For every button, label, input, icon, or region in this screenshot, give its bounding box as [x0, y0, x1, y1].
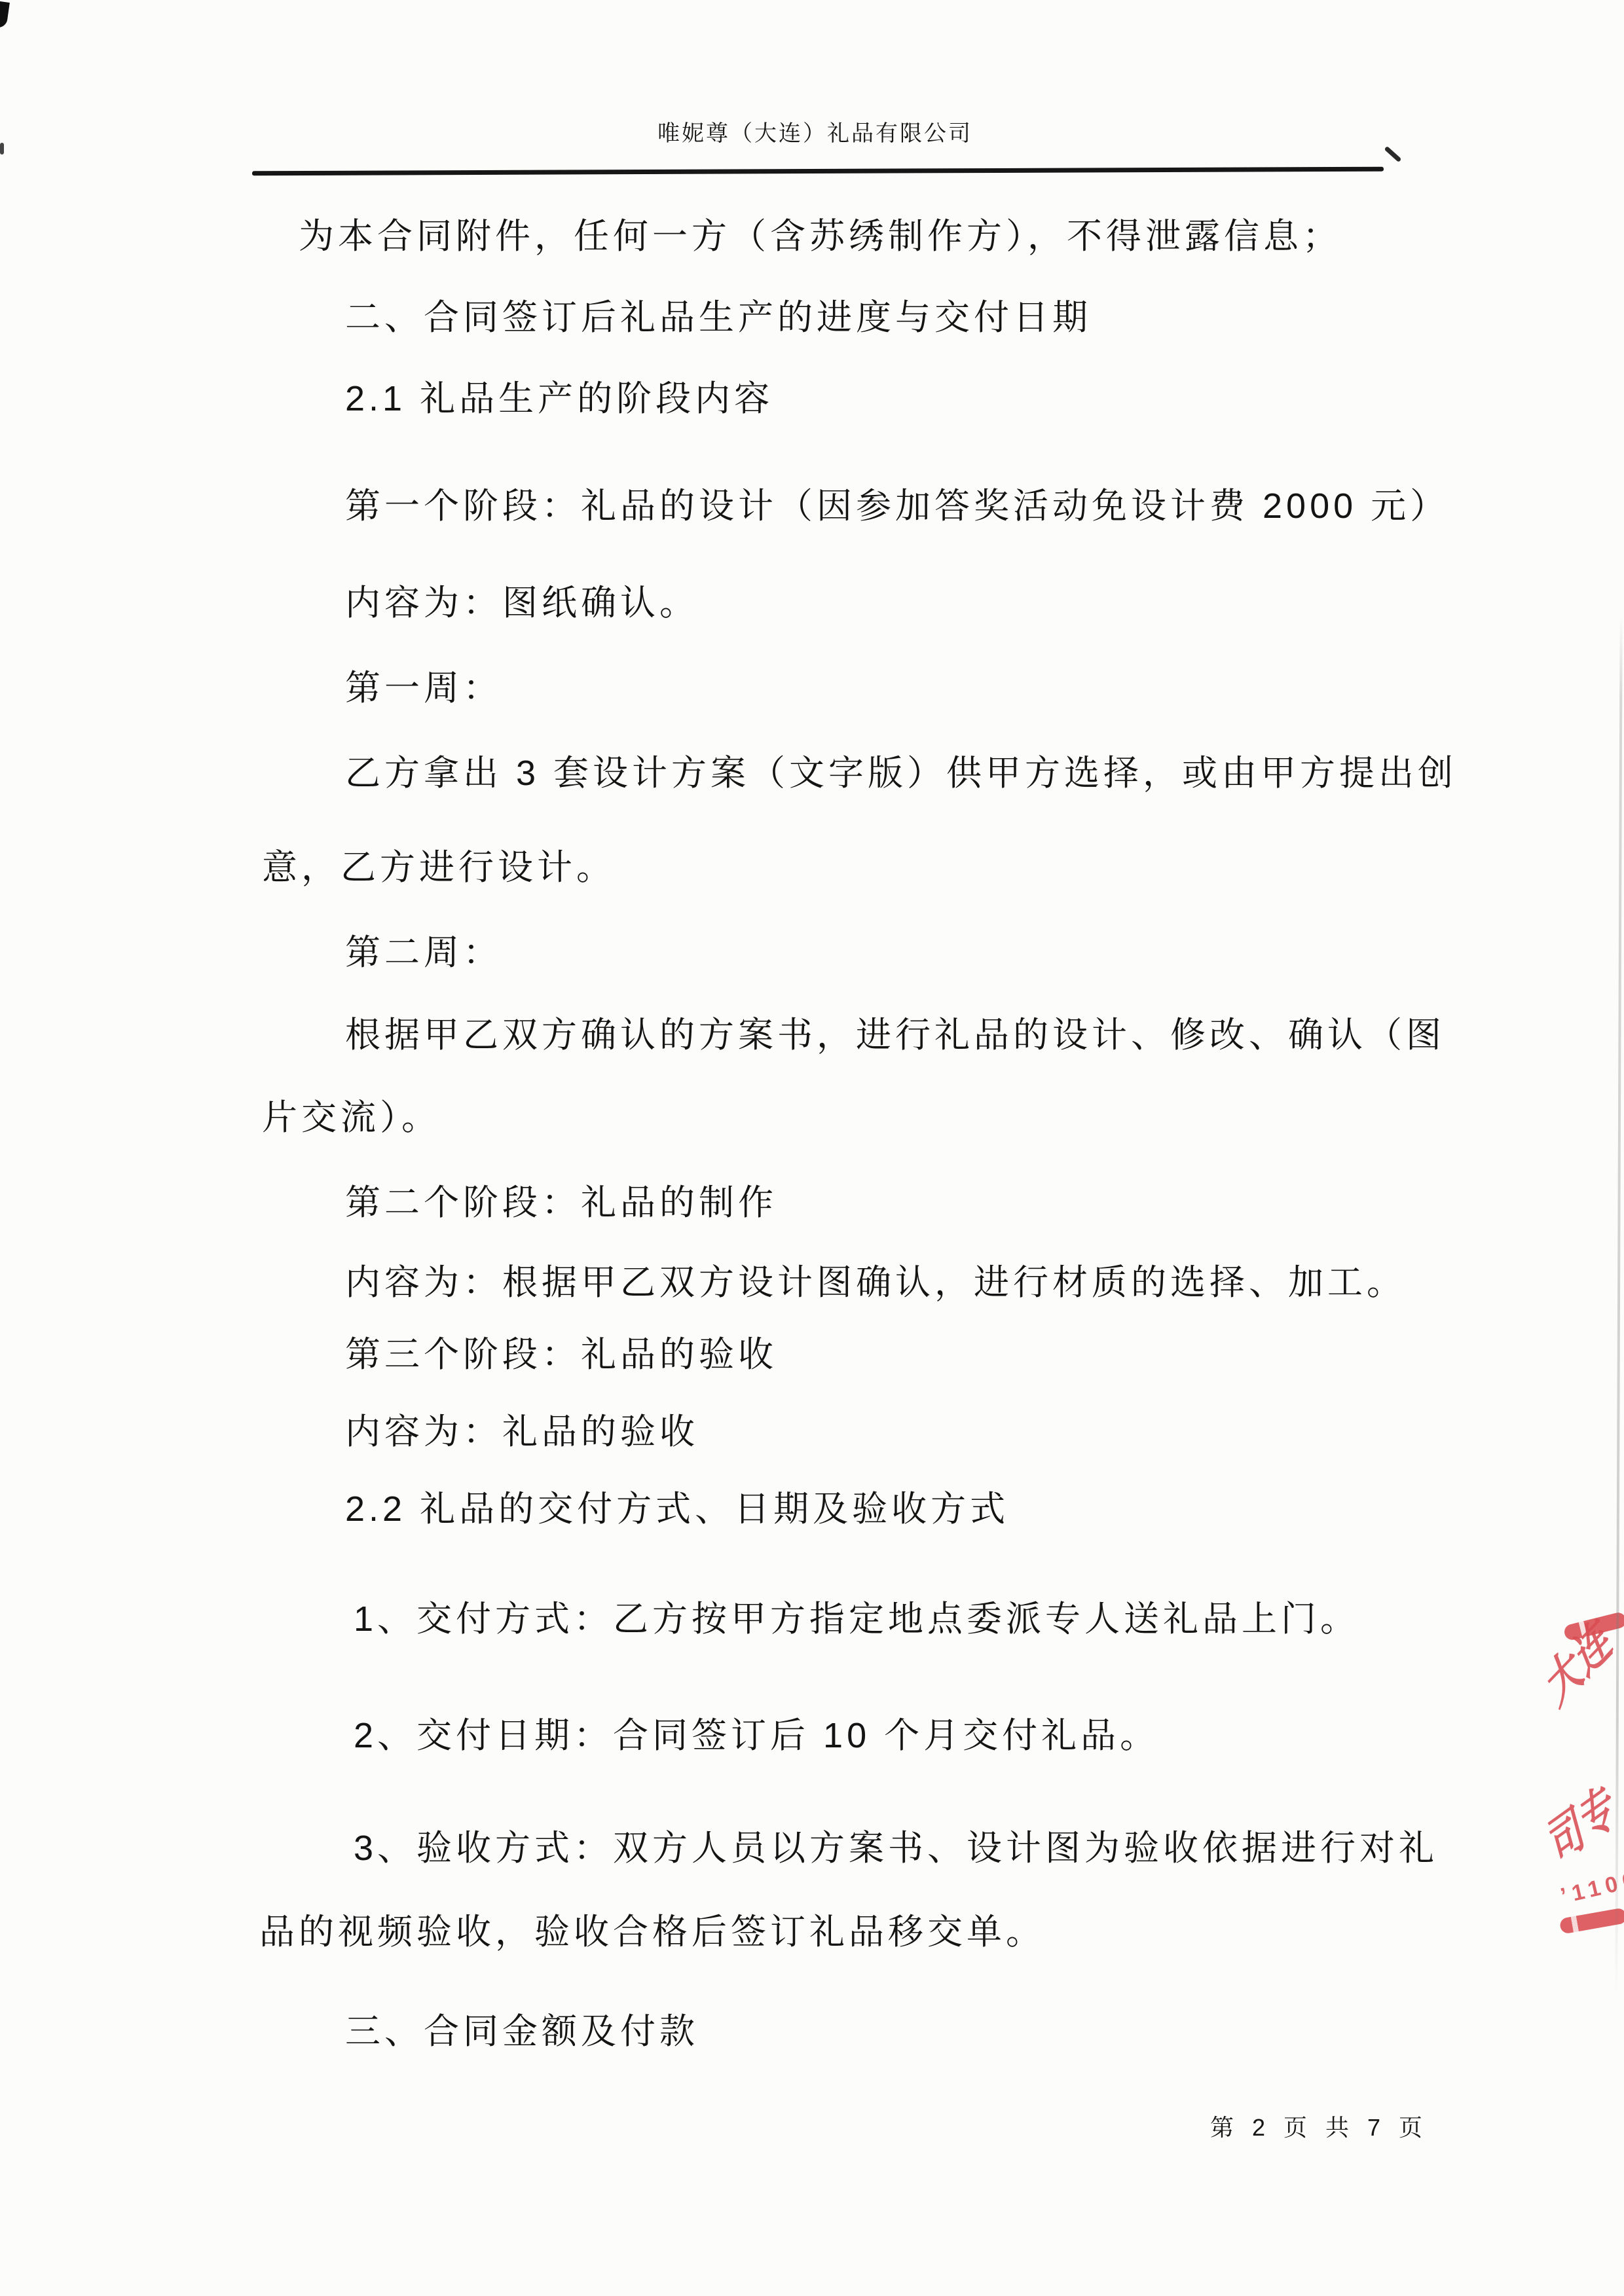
body-line: 2.1 礼品生产的阶段内容 [345, 371, 773, 421]
body-line: 内容为：礼品的验收 [345, 1404, 699, 1454]
body-line: 内容为：图纸确认。 [345, 575, 699, 625]
body-line: 二、合同签订后礼品生产的进度与交付日期 [345, 289, 1092, 340]
scan-artifact-dot [0, 143, 4, 155]
body-line: 意，乙方进行设计。 [262, 839, 616, 890]
body-line: 第二周： [345, 924, 502, 975]
body-line: 根据甲乙双方确认的方案书，进行礼品的设计、修改、确认（图 [345, 1007, 1445, 1057]
body-line: 品的视频验收，验收合格后签订礼品移交单。 [259, 1904, 1045, 1954]
scan-tick-mark [1384, 146, 1402, 162]
page-number-footer: 第 2 页 共 7 页 [1210, 2109, 1428, 2143]
body-line: 3、验收方式：双方人员以方案书、设计图为验收依据进行对礼 [354, 1820, 1438, 1870]
body-line: 1、交付方式：乙方按甲方指定地点委派专人送礼品上门。 [354, 1591, 1359, 1641]
body-line: 三、合同金额及付款 [345, 2003, 699, 2054]
body-line: 片交流）。 [262, 1089, 441, 1140]
body-line: 内容为：根据甲乙双方设计图确认，进行材质的选择、加工。 [345, 1254, 1406, 1305]
body-line: 第二个阶段：礼品的制作 [345, 1175, 777, 1225]
body-line: 第三个阶段：礼品的验收 [345, 1326, 777, 1377]
body-line: 第一个阶段：礼品的设计（因参加答奖活动免设计费 2000 元） [345, 478, 1449, 528]
contract-scan-page: 唯妮尊（大连）礼品有限公司 为本合同附件，任何一方（含苏绣制作方），不得泄露信息… [0, 0, 1624, 2296]
scan-page-edge-shadow [1615, 615, 1622, 1997]
stamp-border-arc-bottom [1559, 1907, 1624, 1934]
body-line: 2、交付日期：合同签订后 10 个月交付礼品。 [354, 1707, 1159, 1758]
header-divider-line [252, 167, 1384, 176]
scan-artifact-corner [0, 1, 10, 29]
page-header-company-name: 唯妮尊（大连）礼品有限公司 [657, 115, 972, 147]
body-line: 2.2 礼品的交付方式、日期及验收方式 [345, 1481, 1009, 1531]
body-line: 为本合同附件，任何一方（含苏绣制作方），不得泄露信息； [299, 208, 1342, 259]
body-line: 乙方拿出 3 套设计方案（文字版）供甲方选择，或由甲方提出创 [345, 745, 1457, 795]
stamp-text-middle: 司专 [1541, 1763, 1623, 1878]
body-line: 第一周： [345, 660, 502, 710]
